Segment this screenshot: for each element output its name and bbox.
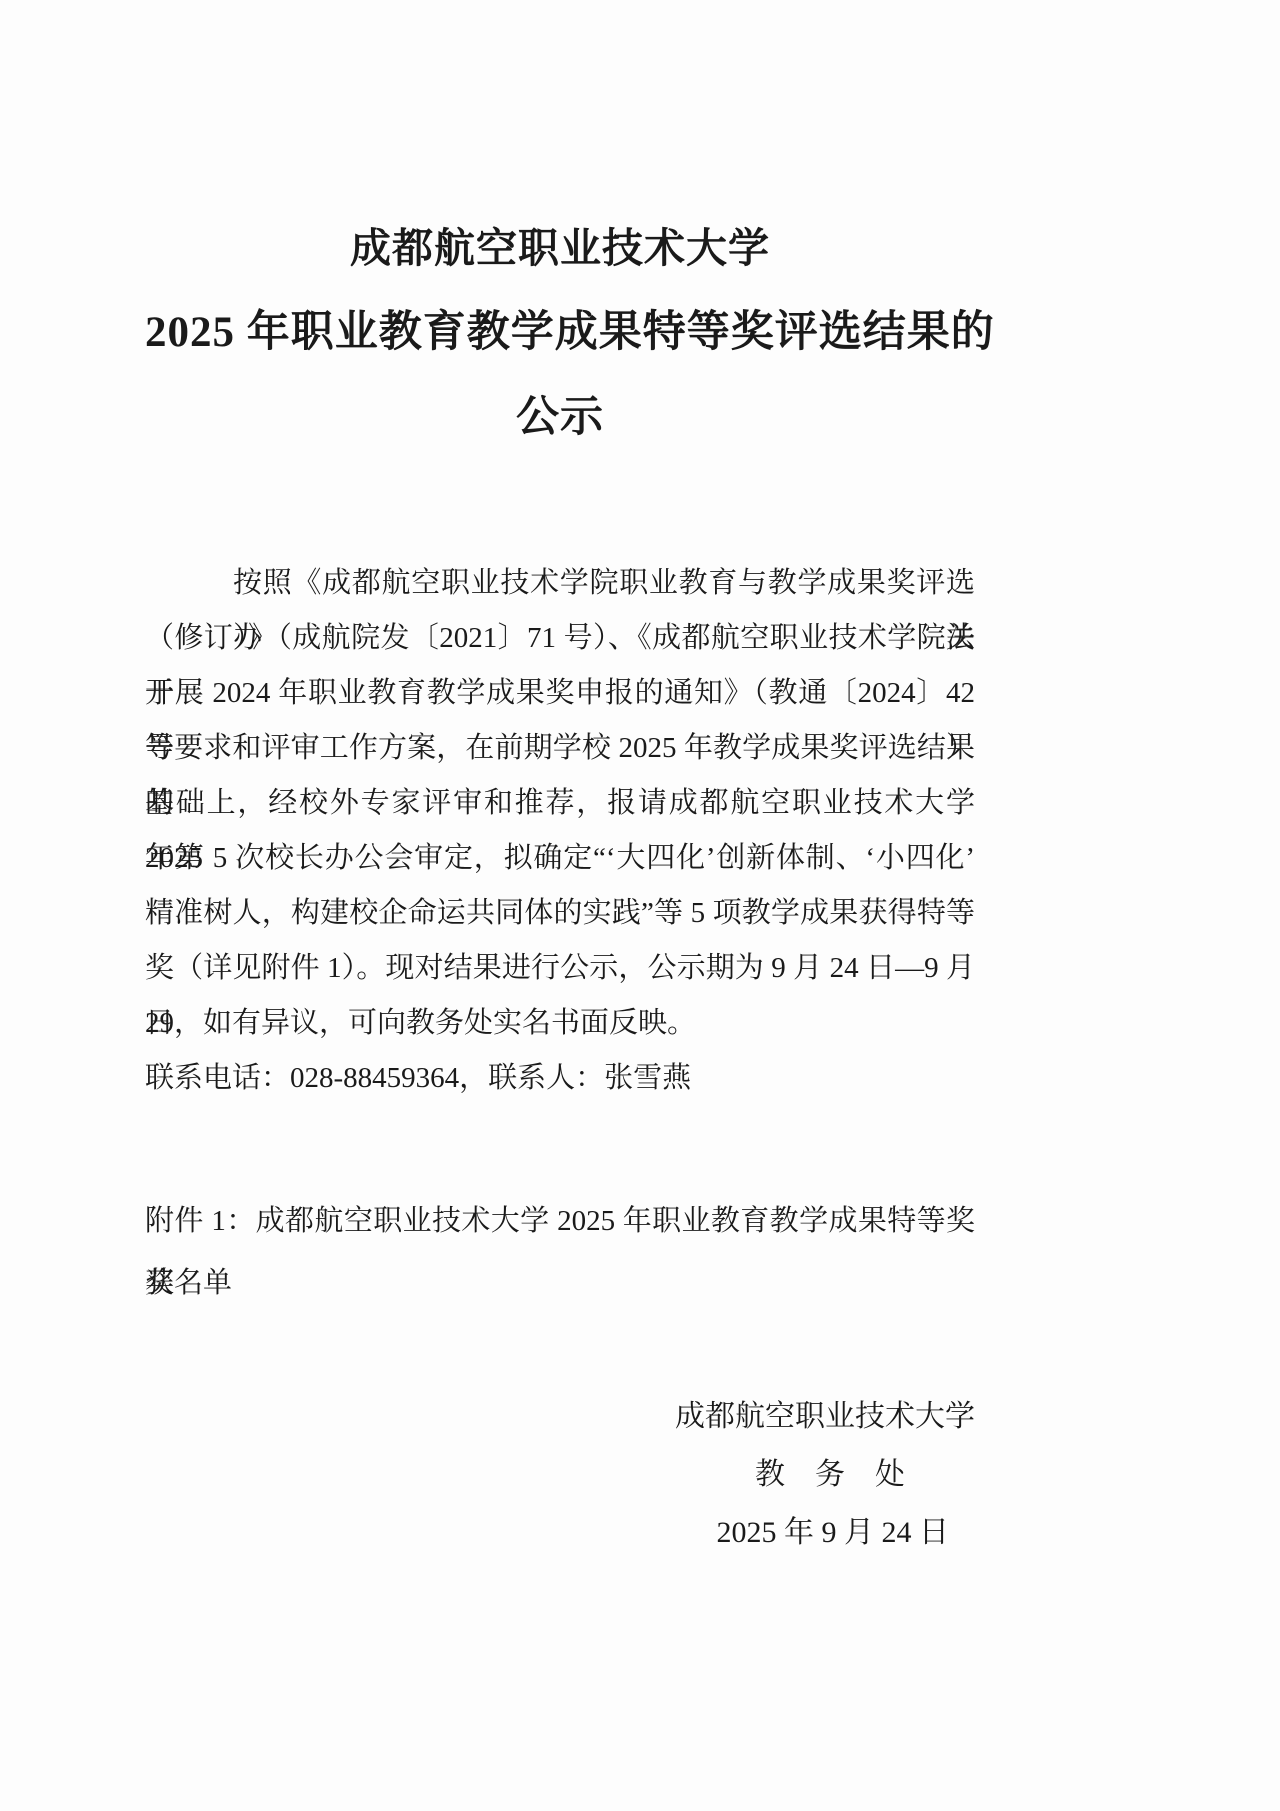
body-line: 年第 5 次校长办公会审定，拟确定“‘大四化’创新体制、‘小四化’ (145, 831, 975, 886)
document-title-line-2: 2025 年职业教育教学成果特等奖评选结果的 (145, 298, 975, 359)
document-body: 按照《成都航空职业技术学院职业教育与教学成果奖评选办法 （修订）》（成航院发〔2… (145, 556, 975, 1106)
body-line: （修订）》（成航院发〔2021〕71 号）、《成都航空职业技术学院关于 (145, 611, 975, 666)
body-line: 精准树人，构建校企命运共同体的实践”等 5 项教学成果获得特等 (145, 886, 975, 941)
signature-organization: 成都航空职业技术大学 (145, 1388, 975, 1446)
body-line: 等要求和评审工作方案，在前期学校 2025 年教学成果奖评选结果的 (145, 721, 975, 776)
signature-department: 教 务 处 (145, 1446, 975, 1504)
document-title-line-1: 成都航空职业技术大学 (145, 215, 975, 274)
body-line: 基础上，经校外专家评审和推荐，报请成都航空职业技术大学 2025 (145, 776, 975, 831)
document-page: 成都航空职业技术大学 2025 年职业教育教学成果特等奖评选结果的 公示 按照《… (145, 0, 975, 1811)
attachment-line: 奖名单 (145, 1252, 975, 1314)
signature-section: 成都航空职业技术大学 教 务 处 2025 年 9 月 24 日 (145, 1388, 975, 1562)
body-line: 按照《成都航空职业技术学院职业教育与教学成果奖评选办法 (145, 556, 975, 611)
body-line: 奖（详见附件 1）。现对结果进行公示，公示期为 9 月 24 日—9 月 29 (145, 941, 975, 996)
contact-line: 联系电话：028-88459364，联系人：张雪燕 (145, 1051, 975, 1106)
document-title-line-3: 公示 (145, 383, 975, 444)
attachment-section: 附件 1：成都航空职业技术大学 2025 年职业教育教学成果特等奖获 奖名单 (145, 1190, 975, 1314)
body-line: 日，如有异议，可向教务处实名书面反映。 (145, 996, 975, 1051)
attachment-line: 附件 1：成都航空职业技术大学 2025 年职业教育教学成果特等奖获 (145, 1190, 975, 1252)
body-line: 开展 2024 年职业教育教学成果奖申报的通知》（教通〔2024〕42 号） (145, 666, 975, 721)
signature-date: 2025 年 9 月 24 日 (145, 1504, 975, 1562)
